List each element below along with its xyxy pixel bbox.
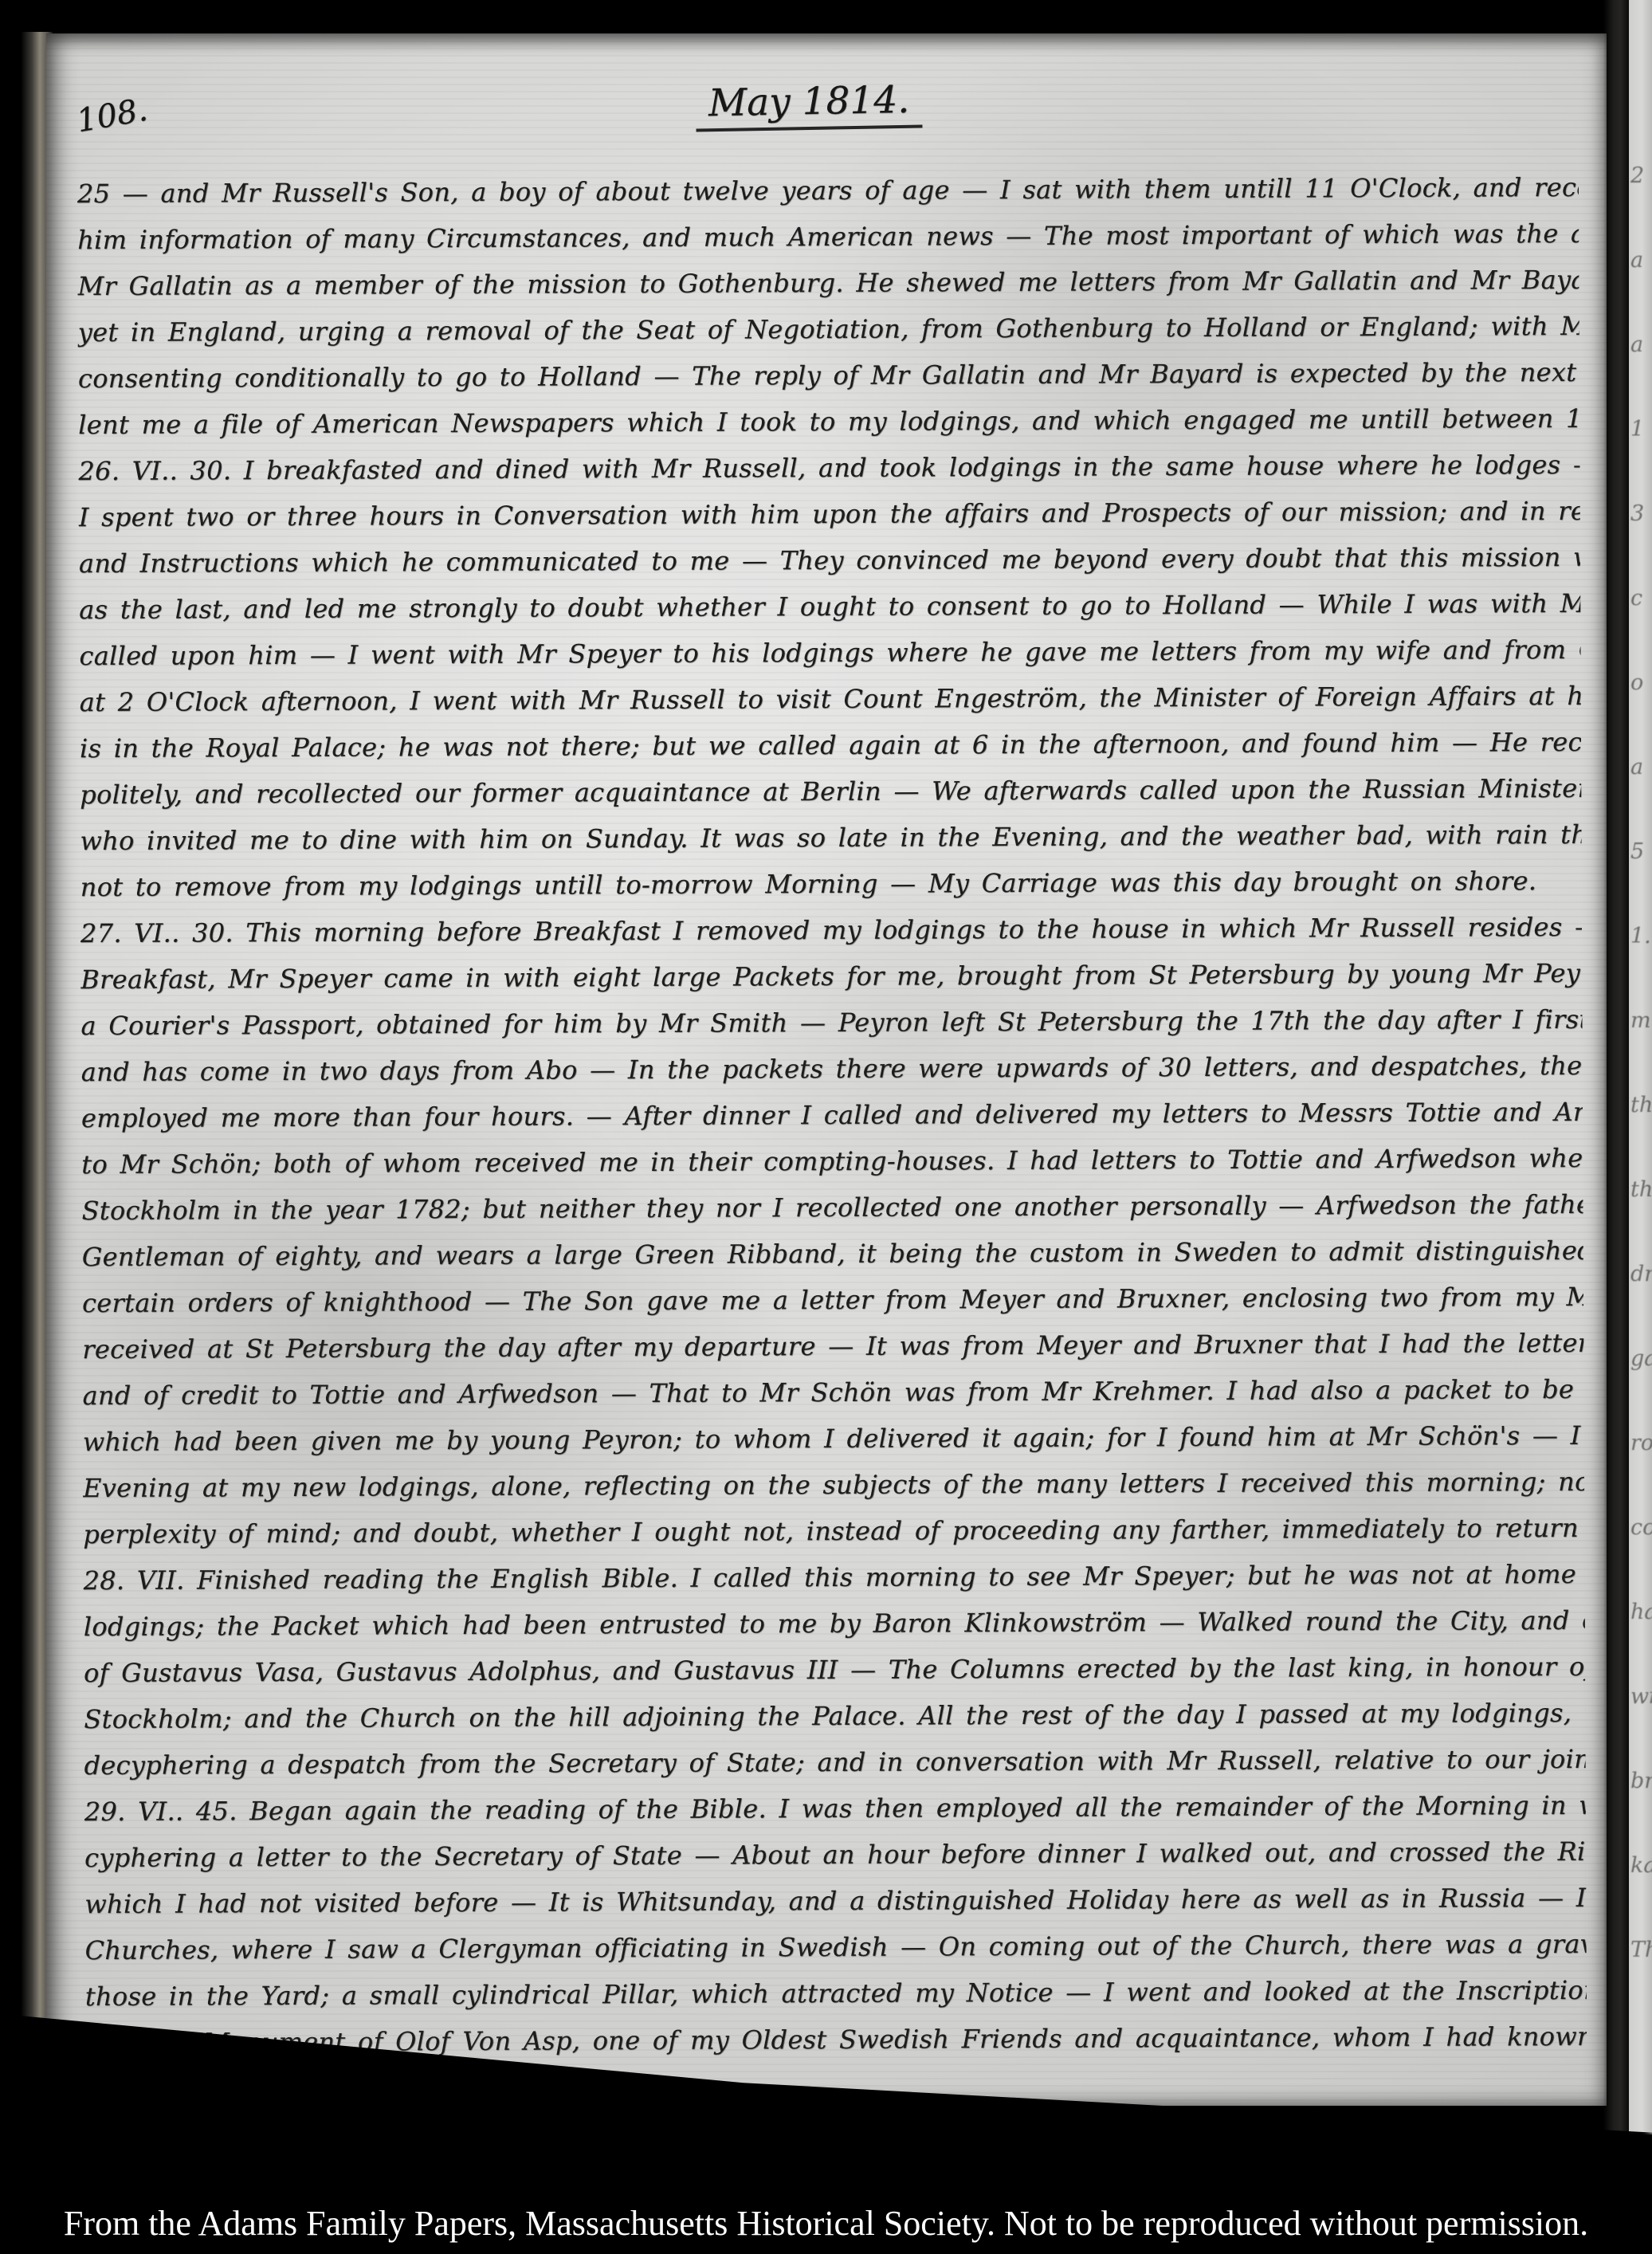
page-edge-text-fragment: a xyxy=(1630,303,1652,387)
page-edge-text-fragment: ro xyxy=(1630,1401,1652,1486)
credit-text: From the Adams Family Papers, Massachuse… xyxy=(64,2200,1588,2254)
manuscript-line: lent me a file of American Newspapers wh… xyxy=(78,395,1579,448)
scanned-diary-page: 108. May 1814. 25 — and Mr Russell's Son… xyxy=(0,0,1652,2254)
page-title: May 1814. xyxy=(695,78,922,132)
page-edge-text-fragment: th xyxy=(1630,1148,1652,1232)
manuscript-line: 26. VI.. 30. I breakfasted and dined wit… xyxy=(78,442,1579,494)
manuscript-line: Gentleman of eighty, and wears a large G… xyxy=(82,1227,1583,1280)
manuscript-line: consenting conditionally to go to Hollan… xyxy=(78,349,1579,402)
page-edge-text-fragment: o xyxy=(1630,641,1652,725)
page-edge-text-fragment: 1 xyxy=(1630,387,1652,472)
manuscript-line: politely, and recollected our former acq… xyxy=(80,765,1581,818)
manuscript-line: certain orders of knighthood — The Son g… xyxy=(82,1274,1583,1326)
page-edge-text-fragment: ka xyxy=(1630,1824,1652,1908)
page-edge-text-fragment: co xyxy=(1630,1486,1652,1570)
manuscript-line: to Mr Schön; both of whom received me in… xyxy=(81,1135,1583,1188)
page-edge-text-fragment: a xyxy=(1630,218,1652,303)
manuscript-page: 108. May 1814. 25 — and Mr Russell's Son… xyxy=(46,33,1607,2106)
page-edge-text-fragment: dr xyxy=(1630,1232,1652,1317)
manuscript-line: Churches, where I saw a Clergyman offici… xyxy=(84,1921,1586,1973)
manuscript-line: Evening at my new lodgings, alone, refle… xyxy=(83,1459,1584,1511)
manuscript-line: not to remove from my lodgings untill to… xyxy=(80,858,1582,910)
page-edge-text-fragment: th xyxy=(1630,1063,1652,1148)
manuscript-line: of Gustavus Vasa, Gustavus Adolphus, and… xyxy=(84,1643,1585,1696)
page-edge-text-fragment: Th xyxy=(1630,1908,1652,1993)
manuscript-line: and of credit to Tottie and Arfwedson — … xyxy=(82,1366,1583,1419)
manuscript-line: at 2 O'Clock afternoon, I went with Mr R… xyxy=(80,673,1581,725)
manuscript-line: 29. VI.. 45. Began again the reading of … xyxy=(84,1782,1586,1835)
page-edge-text-fragment: 3 xyxy=(1630,472,1652,556)
facing-page-text-fragments: 2 a a 1 3 c o a 5 1. m th th dr ga ro co… xyxy=(1630,134,1652,2047)
page-edge-text-fragment: m xyxy=(1630,979,1652,1063)
manuscript-line: cyphering a letter to the Secretary of S… xyxy=(84,1828,1586,1881)
manuscript-line: decyphering a despatch from the Secretar… xyxy=(84,1736,1585,1789)
manuscript-line: which had been given me by young Peyron;… xyxy=(83,1412,1584,1465)
page-edge-text-fragment: ga xyxy=(1630,1317,1652,1401)
manuscript-line: Breakfast, Mr Speyer came in with eight … xyxy=(80,950,1582,1003)
page-edge-text-fragment: br xyxy=(1630,1739,1652,1824)
manuscript-text-block: 25 — and Mr Russell's Son, a boy of abou… xyxy=(77,164,1587,2066)
manuscript-line: a Courier's Passport, obtained for him b… xyxy=(80,996,1582,1049)
manuscript-line: called upon him — I went with Mr Speyer … xyxy=(79,626,1580,679)
manuscript-line: and has come in two days from Abo — In t… xyxy=(81,1043,1583,1095)
manuscript-line: 27. VI.. 30. This morning before Breakfa… xyxy=(80,904,1582,956)
manuscript-line: as the last, and led me strongly to doub… xyxy=(79,580,1580,633)
page-edge-text-fragment: wi xyxy=(1630,1655,1652,1739)
manuscript-line: 28. VII. Finished reading the English Bi… xyxy=(83,1551,1584,1604)
page-edge-text-fragment: ha xyxy=(1630,1570,1652,1655)
page-edge-text-fragment: 1. xyxy=(1630,894,1652,979)
page-edge-text-fragment: 2 xyxy=(1630,134,1652,218)
manuscript-line: him information of many Circumstances, a… xyxy=(77,210,1579,263)
manuscript-line: and Instructions which he communicated t… xyxy=(79,534,1580,587)
page-edge-text-fragment: 5 xyxy=(1630,810,1652,894)
manuscript-line: is in the Royal Palace; he was not there… xyxy=(80,719,1581,772)
manuscript-line: Stockholm; and the Church on the hill ad… xyxy=(84,1690,1585,1742)
manuscript-line: Mr Gallatin as a member of the mission t… xyxy=(77,257,1579,309)
manuscript-line: 25 — and Mr Russell's Son, a boy of abou… xyxy=(77,164,1579,217)
manuscript-line: received at St Petersburg the day after … xyxy=(82,1320,1583,1372)
page-title-row: May 1814. xyxy=(29,80,1589,130)
manuscript-line: who invited me to dine with him on Sunda… xyxy=(80,811,1581,864)
manuscript-line: yet in England, urging a removal of the … xyxy=(78,303,1579,355)
manuscript-line: perplexity of mind; and doubt, whether I… xyxy=(83,1505,1584,1557)
manuscript-line: I spent two or three hours in Conversati… xyxy=(79,488,1580,540)
manuscript-line: lodgings; the Packet which had been entr… xyxy=(84,1597,1585,1650)
manuscript-line: employed me more than four hours. — Afte… xyxy=(81,1089,1583,1141)
page-edge-text-fragment: a xyxy=(1630,725,1652,810)
manuscript-line: Stockholm in the year 1782; but neither … xyxy=(81,1181,1583,1234)
manuscript-line: which I had not visited before — It is W… xyxy=(84,1875,1586,1927)
credit-banner: From the Adams Family Papers, Massachuse… xyxy=(0,2134,1652,2254)
page-gutter-shadow xyxy=(1603,0,1632,2254)
manuscript-line: those in the Yard; a small cylindrical P… xyxy=(85,1967,1587,2020)
page-edge-text-fragment: c xyxy=(1630,556,1652,641)
